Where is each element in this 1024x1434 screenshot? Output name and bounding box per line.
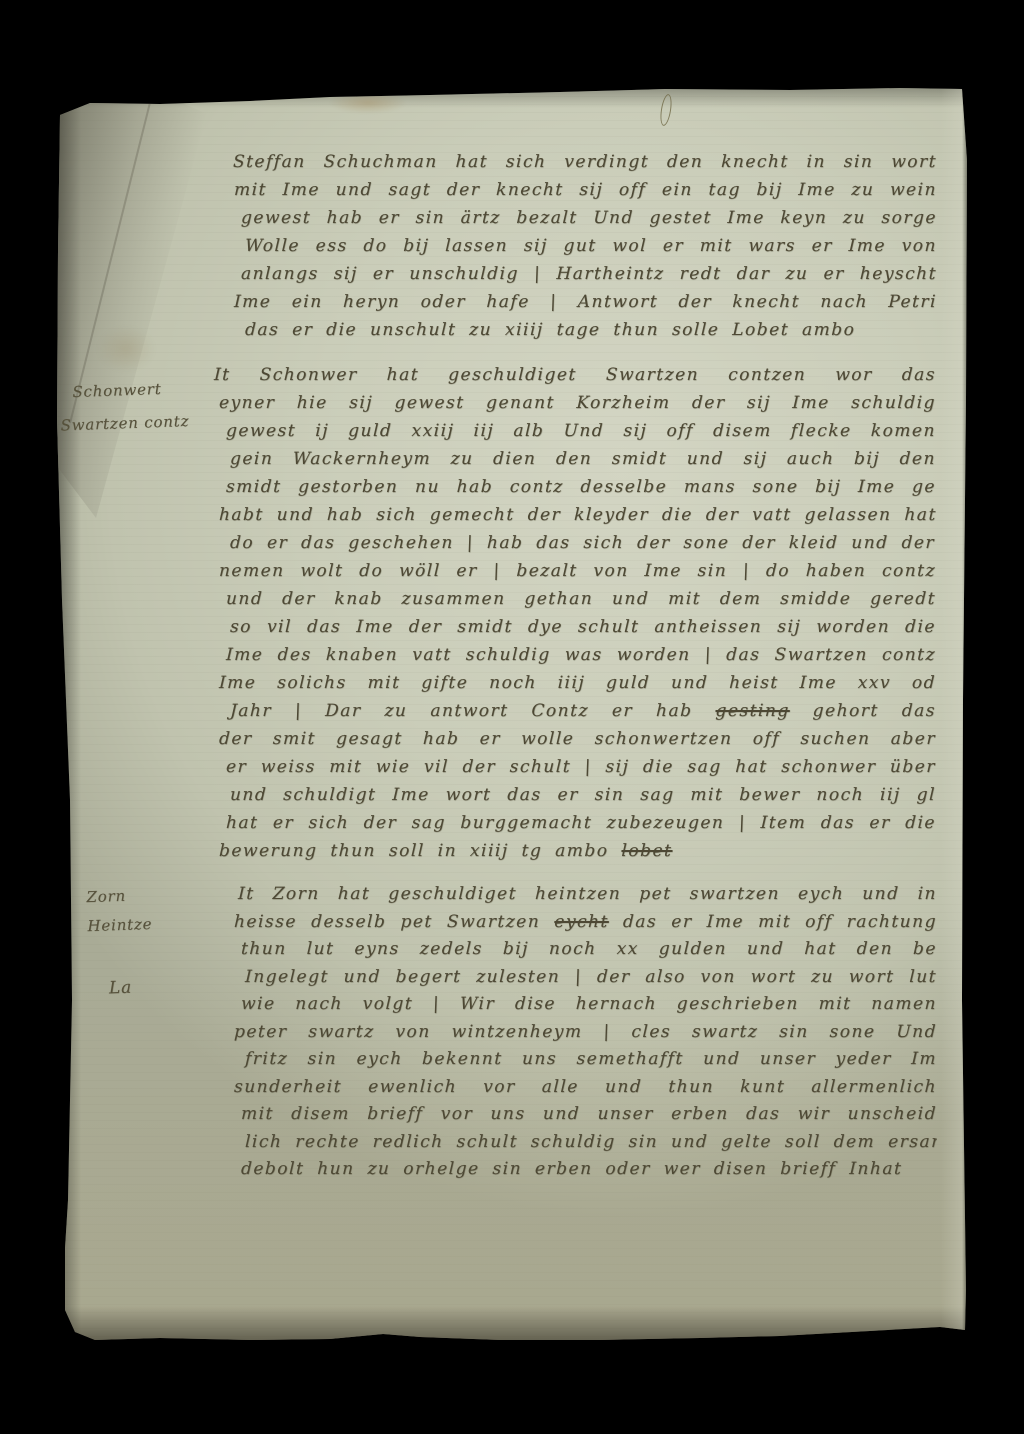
photo-background: SchonwertSwartzen contz ZornHeintze La S…: [0, 0, 1024, 1434]
text-line: gewest hab er sin ärtz bezalt Und gestet…: [225, 204, 937, 232]
text-line: It Zorn hat geschuldiget heintzen pet sw…: [225, 881, 937, 909]
entry-paragraph-3: It Zorn hat geschuldiget heintzen pet sw…: [225, 881, 937, 1184]
text-line: smidt gestorben nu hab contz desselbe ma…: [210, 473, 936, 501]
top-edge-stain: [329, 92, 407, 114]
text-line: so vil das Ime der smidt dye schult anth…: [210, 613, 936, 641]
text-line: habt und hab sich gemecht der kleyder di…: [210, 501, 936, 529]
margin-note-line: Schonwert: [72, 372, 189, 409]
text-line: Ime ein heryn oder hafe | Antwort der kn…: [225, 288, 937, 316]
text-line: Jahr | Dar zu antwort Contz er hab gesti…: [210, 697, 936, 725]
text-line: Steffan Schuchman hat sich verdingt den …: [225, 148, 937, 176]
text-line: fritz sin eych bekennt uns semethafft un…: [225, 1046, 937, 1074]
margin-note-line: Heintze: [87, 910, 153, 941]
text-line: nemen wolt do wöll er | bezalt von Ime s…: [210, 557, 936, 585]
text-line: der smit gesagt hab er wolle schonwertze…: [210, 725, 936, 753]
margin-note-la: La: [109, 978, 133, 999]
text-line: bewerung thun soll in xiiij tg ambo lobe…: [210, 837, 936, 865]
text-line: mit disem brieff vor uns und unser erben…: [225, 1101, 937, 1129]
text-line: Ime des knaben vatt schuldig was worden …: [210, 641, 936, 669]
text-line: hat er sich der sag burggemacht zubezeug…: [210, 809, 936, 837]
text-line: thun lut eyns zedels bij noch xx gulden …: [225, 936, 937, 964]
text-line: peter swartz von wintzenheym | cles swar…: [225, 1019, 937, 1047]
text-line: anlangs sij er unschuldig | Hartheintz r…: [225, 260, 937, 288]
text-line: Ime solichs mit gifte noch iiij guld und…: [210, 669, 936, 697]
margin-note-schonwert-swartzen-contz: SchonwertSwartzen contz: [72, 372, 190, 442]
round-stain: [97, 326, 155, 372]
text-line: gewest ij guld xxiij iij alb Und sij off…: [210, 417, 936, 445]
text-line: do er das geschehen | hab das sich der s…: [210, 529, 936, 557]
text-line: heisse desselb pet Swartzen eycht das er…: [225, 909, 937, 937]
text-line: lich rechte redlich schult schuldig sin …: [225, 1129, 937, 1157]
stray-ink-mark: [659, 93, 674, 126]
page-corner-fold: [57, 88, 207, 518]
text-line: und der knab zusammen gethan und mit dem…: [210, 585, 936, 613]
text-line: und schuldigt Ime wort das er sin sag mi…: [210, 781, 936, 809]
text-line: gein Wackernheym zu dien den smidt und s…: [210, 445, 936, 473]
manuscript-page: SchonwertSwartzen contz ZornHeintze La S…: [57, 88, 967, 1340]
entry-paragraph-1: Steffan Schuchman hat sich verdingt den …: [225, 148, 937, 344]
margin-note-line: Swartzen contz: [60, 405, 190, 442]
margin-note-zorn-heintze: ZornHeintze: [86, 881, 153, 941]
text-line: debolt hun zu orhelge sin erben oder wer…: [225, 1156, 937, 1184]
text-line: Ingelegt und begert zulesten | der also …: [225, 964, 937, 992]
text-line: mit Ime und sagt der knecht sij off ein …: [225, 176, 937, 204]
margin-note-line: Zorn: [86, 881, 152, 912]
text-line: wie nach volgt | Wir dise hernach geschr…: [225, 991, 937, 1019]
entry-paragraph-2: It Schonwer hat geschuldiget Swartzen co…: [210, 361, 936, 865]
text-line: sunderheit ewenlich vor alle und thun ku…: [225, 1074, 937, 1102]
text-line: eyner hie sij gewest genant Korzheim der…: [210, 389, 936, 417]
text-line: Wolle ess do bij lassen sij gut wol er m…: [225, 232, 937, 260]
text-line: das er die unschult zu xiiij tage thun s…: [225, 316, 937, 344]
margin-note-line: La: [109, 978, 133, 999]
text-line: It Schonwer hat geschuldiget Swartzen co…: [210, 361, 936, 389]
text-line: er weiss mit wie vil der schult | sij di…: [210, 753, 936, 781]
